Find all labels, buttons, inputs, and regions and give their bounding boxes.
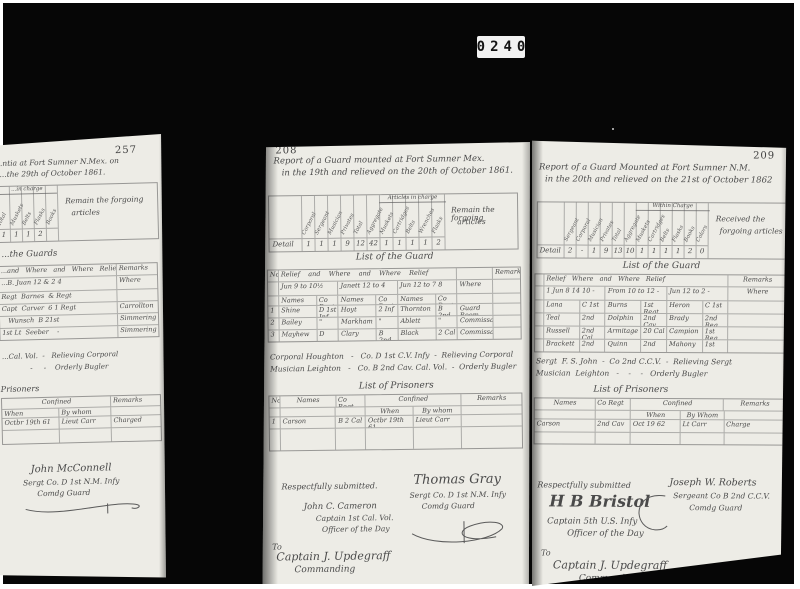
column-label: Total xyxy=(611,228,623,243)
relief-time: Jun 12 to 2 - xyxy=(666,287,728,300)
prisoners-title: Prisoners xyxy=(1,385,40,394)
remarks-header: Remarks xyxy=(723,399,785,410)
remarks-header: Remarks xyxy=(460,393,522,405)
detail-value: 1 xyxy=(660,245,672,258)
guard-regt: 20 Cal xyxy=(640,327,666,339)
column-label: Total xyxy=(0,212,8,227)
relief-time: Jun 12 to 7 8 xyxy=(397,280,457,294)
detail-value: 2 xyxy=(34,228,46,241)
where-label: Where xyxy=(728,287,786,300)
charge-bracket-label: Articles in charge xyxy=(379,195,446,203)
guard-name: Heron xyxy=(666,301,702,313)
by-whom-header: By Whom xyxy=(680,411,724,419)
prisoner-name: Carson xyxy=(535,419,595,431)
report-header-line2: in the 20th and relieved on the 21st of … xyxy=(545,175,773,185)
guard-table: No. Relief and Where and Where Relief Re… xyxy=(267,266,522,342)
orderly-bugler-line: Musician Leighton - Co. B 2nd Cav. Cal. … xyxy=(270,363,516,374)
co-header: Co Regt xyxy=(435,294,457,303)
row-no: 1 xyxy=(268,306,278,317)
detail-value: 2 xyxy=(564,244,576,257)
relief-time: From 10 to 12 - xyxy=(605,287,667,300)
detail-table: Total Muskets Belts Flasks Books 1 1 1 2… xyxy=(0,182,159,243)
prisoner-co: B 2 Cal xyxy=(335,416,365,427)
report-header-line1: Report of a Guard Mounted at Fort Sumner… xyxy=(539,163,750,173)
page-number: 257 xyxy=(115,145,137,157)
guard-regt: D 1st Inf xyxy=(316,306,338,317)
detail-value: 1 xyxy=(418,237,431,250)
detail-value: 2 xyxy=(431,236,444,249)
detail-value: 42 xyxy=(366,237,379,250)
guard-list-title: List of the Guard xyxy=(262,251,529,264)
confined-header: Confined xyxy=(365,394,460,406)
names-header: Names xyxy=(397,295,435,304)
detail-value: 0 xyxy=(696,245,708,258)
co-header: Co Regt xyxy=(375,295,397,304)
guard-regt: 1st Regt xyxy=(640,301,666,313)
officer-of-day-name: John C. Cameron xyxy=(304,502,377,512)
prisoners-table: No. Names Co Regt Confined Remarks When … xyxy=(268,392,523,451)
by-whom-header: By whom xyxy=(412,406,460,415)
signature-name: John McConnell xyxy=(31,463,112,475)
column-label: Belts xyxy=(405,220,417,235)
where-label: Where xyxy=(456,280,492,293)
guard-regt: C 1st xyxy=(579,301,605,313)
detail-value xyxy=(46,228,58,241)
officer-of-day-rank: Captain 1st Cal. Vol. xyxy=(316,514,394,523)
guard-name: Russell xyxy=(543,326,579,338)
officer-of-day-role: Officer of the Day xyxy=(322,525,390,534)
guard-regt: 2nd xyxy=(640,340,666,352)
remarks-header: Remarks xyxy=(116,263,157,275)
guard-regt: 2nd Reg xyxy=(702,314,728,326)
detail-value: 1 xyxy=(392,237,405,250)
detail-value: 1 xyxy=(405,237,418,250)
receipt-line: articles xyxy=(457,218,485,226)
prisoners-list-title: List of Prisoners xyxy=(532,385,760,396)
guard-name: Mayhew xyxy=(279,330,317,341)
guard-name: Black xyxy=(398,329,436,340)
page-number: 209 xyxy=(753,150,775,161)
orderly-bugler-line: - - Orderly Bugler xyxy=(30,363,108,372)
guard-name: Mahony xyxy=(666,340,702,352)
prisoner-remarks: Charged xyxy=(110,415,160,427)
receipt-line: Received the xyxy=(716,215,765,223)
guard-regt: 2nd xyxy=(579,314,605,326)
page-257: 257 ...ntia at Fort Sumner N.Mex. on ...… xyxy=(0,134,166,582)
submitted-line: Respectfully submitted xyxy=(537,481,631,490)
names-header: Names xyxy=(278,296,316,305)
relieving-corporal-line: ...Cal. Vol. - Relieving Corporal xyxy=(2,351,118,361)
names-header: Names xyxy=(338,295,376,304)
column-label: Belts xyxy=(659,228,671,243)
relief-time: 1 Jun 8 14 10 - xyxy=(543,286,605,299)
detail-row-label: Detail xyxy=(538,244,564,257)
guard-regt: C 1st xyxy=(702,301,728,313)
prisoner-when: Octbr 19th 61 xyxy=(2,418,58,430)
detail-value: 1 xyxy=(672,245,684,258)
guard-header: Relief and Where and Where Relief xyxy=(278,268,457,281)
detail-value: 1 xyxy=(314,238,327,251)
guard-name: Bailey xyxy=(278,318,316,329)
guard-row: 1st Lt Seeber - xyxy=(0,326,117,340)
detail-value: 12 xyxy=(353,237,366,250)
when-header: When xyxy=(630,411,680,419)
guard-regt: " xyxy=(376,317,398,328)
detail-value: 1 xyxy=(588,245,600,258)
prisoner-name: Carson xyxy=(280,417,336,429)
co-header: Co Regt xyxy=(316,296,338,305)
column-label: Belts xyxy=(21,211,33,226)
microfilm-scan: 0240 257 ...ntia at Fort Sumner N.Mex. o… xyxy=(0,0,800,589)
relief-time: Janett 12 to 4 xyxy=(337,281,397,295)
confined-header: Confined xyxy=(630,399,723,410)
column-label: Books xyxy=(45,208,58,226)
guard-name: Thornton xyxy=(397,305,435,316)
guard-regt: " xyxy=(316,318,338,329)
signature-rank: Sergt Co. D 1st N.M. Infy xyxy=(23,477,120,487)
guard-name: Brady xyxy=(666,314,702,326)
guard-name: Clary xyxy=(338,329,376,340)
guard-post: Guard Room xyxy=(457,304,493,315)
guard-name: Lana xyxy=(543,300,579,312)
prisoner-co: 2nd Cav xyxy=(594,420,630,432)
guard-name: Campion xyxy=(666,327,702,339)
names-header: Names xyxy=(535,398,595,409)
prisoner-when: Oct 19 62 xyxy=(630,420,680,432)
signature-role: Comdg Guard xyxy=(37,489,90,498)
by-whom-header: By whom xyxy=(58,407,110,416)
signature-role: Comdg Guard xyxy=(422,502,475,511)
signature-name: Thomas Gray xyxy=(413,473,501,488)
prisoners-list-title: List of Prisoners xyxy=(262,380,530,393)
guard-regt: 1st Reg xyxy=(702,327,728,339)
relieving-sergt-line: Sergt F. S. John - Co 2nd C.C.V. - Relie… xyxy=(536,357,732,366)
guard-name: Shine xyxy=(278,306,316,317)
addressee-name: Captain J. Updegraff xyxy=(553,559,667,571)
row-no: 3 xyxy=(269,330,279,341)
report-header-line2: in the 19th and relieved on the 20th of … xyxy=(282,167,513,179)
detail-value: 1 xyxy=(22,228,34,241)
relief-time: Jun 9 to 10½ xyxy=(278,282,338,296)
remarks-header: Remarks xyxy=(492,267,520,278)
submitted-line: Respectfully submitted. xyxy=(281,482,377,492)
guard-row: Simmering xyxy=(117,325,158,337)
report-header-line2: ...the 29th of October 1861. xyxy=(0,168,105,178)
guard-table: ...and Where and Where Relief Remarks ..… xyxy=(0,262,160,341)
guard-regt: 2nd Cal xyxy=(579,327,605,339)
guard-post: Commissary xyxy=(457,316,493,327)
guard-row xyxy=(116,289,157,301)
addressee-to: To xyxy=(541,549,551,557)
remarks-header: Remarks xyxy=(728,275,786,286)
prisoner-when: Octbr 19th 61 xyxy=(365,416,413,428)
page-209: 209 Report of a Guard Mounted at Fort Su… xyxy=(532,138,790,586)
guard-row: Simmering xyxy=(117,313,158,325)
prisoner-remarks xyxy=(460,414,522,426)
guard-regt: 2nd Cav xyxy=(640,314,666,326)
guard-name: Armitage xyxy=(605,327,641,339)
signature-flourish xyxy=(631,490,671,536)
guard-name: Quinn xyxy=(605,340,641,352)
frame-counter: 0240 xyxy=(477,36,525,58)
report-header-line1: ...ntia at Fort Sumner N.Mex. on xyxy=(0,157,119,168)
report-header-line1: Report of a Guard mounted at Fort Sumner… xyxy=(273,155,484,166)
orderly-bugler-line: Musician Leighton - - - Orderly Bugler xyxy=(536,369,707,378)
guard-name: Markham xyxy=(338,317,376,328)
detail-value: 1 xyxy=(379,237,392,250)
guard-regt: " xyxy=(435,316,457,327)
guards-list-title: ...the Guards xyxy=(1,250,57,260)
guard-list-title: List of the Guard xyxy=(532,261,790,272)
comdg-guard-name: Joseph W. Roberts xyxy=(669,478,756,488)
charge-bracket-label: Within Charge xyxy=(636,204,710,211)
guard-regt: 2nd xyxy=(579,340,605,352)
page-208: 208 Report of a Guard mounted at Fort Su… xyxy=(262,142,530,584)
receipt-line: forgoing articles xyxy=(720,227,783,235)
detail-value: 9 xyxy=(340,238,353,251)
detail-value: 1 xyxy=(636,245,648,258)
co-header: Co Regt xyxy=(594,399,630,410)
when-header: When xyxy=(365,407,413,416)
guard-regt: 1st xyxy=(702,340,728,352)
detail-value: 1 xyxy=(301,238,314,251)
prisoners-table: Confined Remarks When By whom Octbr 19th… xyxy=(1,394,162,445)
remarks-header: Remarks xyxy=(110,395,160,406)
prisoners-table: Names Co Regt Confined Remarks When By W… xyxy=(534,397,786,445)
guard-regt: 2 Cal xyxy=(435,328,457,339)
comdg-guard-role: Comdg Guard xyxy=(689,504,742,512)
names-header: Names xyxy=(279,396,335,408)
addressee-name: Captain J. Updegraff xyxy=(276,550,390,563)
no-header: No. xyxy=(269,396,279,407)
addressee-role: Commanding xyxy=(294,566,355,576)
detail-value: 2 xyxy=(684,245,696,258)
row-no: 2 xyxy=(268,318,278,329)
signature-rank: Sergt Co. D 1st N.M. Infy xyxy=(410,491,506,500)
guard-name: Dolphin xyxy=(605,314,641,326)
detail-value: 9 xyxy=(600,245,612,258)
no-header: No. xyxy=(268,270,278,281)
guard-regt: 2 Inf xyxy=(375,305,397,316)
prisoner-by: Lieut Carr xyxy=(413,415,461,427)
signature-rank: Captain 5th U.S. Infy xyxy=(547,517,637,526)
prisoner-remarks: Charge xyxy=(723,420,785,432)
guard-table: Relief Where and Where Relief Remarks 1 … xyxy=(534,273,786,353)
detail-value: 1 xyxy=(327,238,340,251)
guard-name: Brackett xyxy=(543,339,579,351)
signature-flourish xyxy=(404,513,514,550)
guard-name: Ablett xyxy=(397,317,435,328)
detail-table: Sergeant Corporal Musician Privates Tota… xyxy=(537,201,787,259)
receipt-line: articles xyxy=(71,209,100,218)
detail-value: 1 xyxy=(10,228,22,241)
when-header: When xyxy=(2,409,58,418)
detail-table: Corporal Sergeant Musician Privates Tota… xyxy=(268,192,519,252)
detail-value: 1 xyxy=(0,229,10,242)
guard-name: Teal xyxy=(543,313,579,325)
prisoner-no: 1 xyxy=(270,417,280,428)
detail-value: 10 xyxy=(624,245,636,258)
prisoner-by: Lieut Carr xyxy=(58,416,110,428)
signature-flourish xyxy=(19,496,149,521)
co-header: Co Regt xyxy=(335,395,365,406)
guard-row: Where xyxy=(116,275,157,289)
guard-regt: B 2nd xyxy=(435,304,457,315)
guard-regt: B 2nd xyxy=(376,329,398,340)
dust-speck xyxy=(612,128,614,130)
guard-header: Relief Where and Where Relief xyxy=(543,274,728,286)
detail-row-label: Detail xyxy=(269,238,301,251)
relieving-corporal-line: Corporal Houghton - Co. D 1st C.V. Infy … xyxy=(270,351,513,362)
guard-row: Carrollton xyxy=(117,301,158,313)
detail-value: 1 xyxy=(648,245,660,258)
guard-regt: D xyxy=(316,330,338,341)
guard-post: Commissary xyxy=(457,328,493,339)
guard-name: Hoyt xyxy=(338,305,376,316)
comdg-guard-rank: Sergeant Co B 2nd C.C.V. xyxy=(673,492,770,500)
detail-value: - xyxy=(576,245,588,258)
prisoner-by: Lt Carr xyxy=(679,420,723,432)
guard-name: Burns xyxy=(605,301,641,313)
column-label: Flasks xyxy=(431,216,445,235)
detail-value: 13 xyxy=(612,245,624,258)
column-label: Total xyxy=(353,220,365,235)
